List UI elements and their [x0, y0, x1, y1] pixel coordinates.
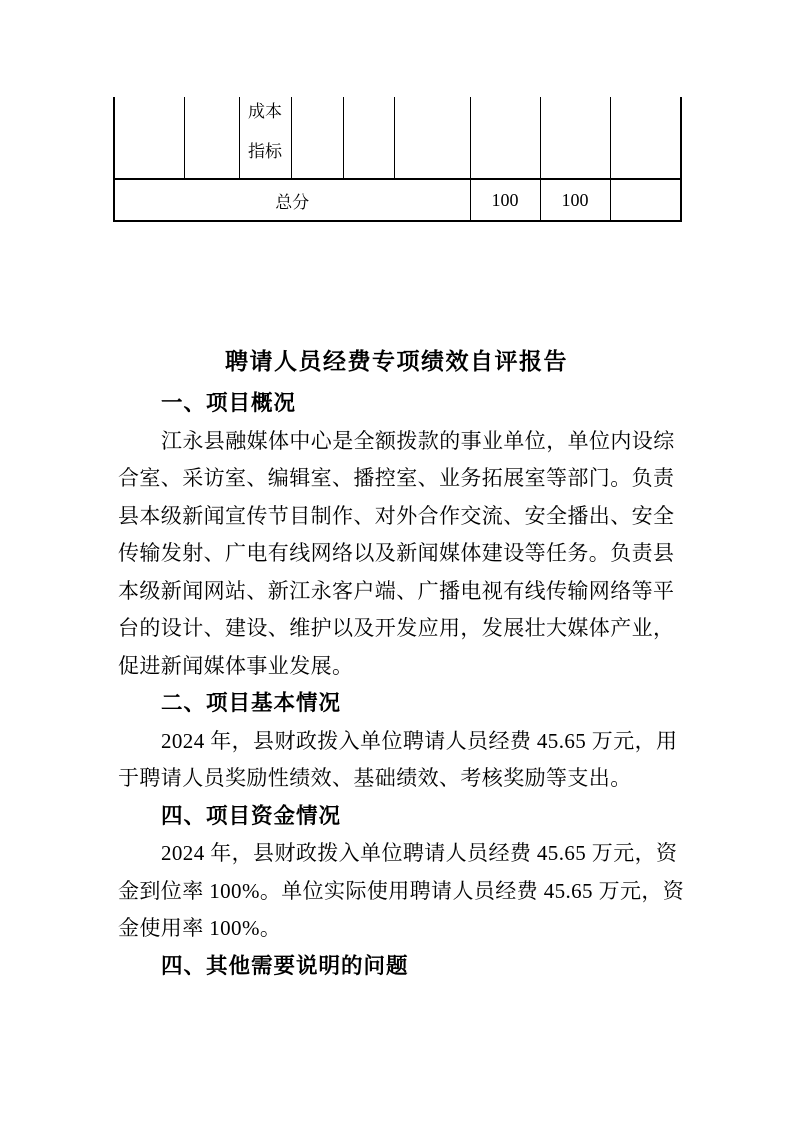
- cost-indicator-label-line2: 指标: [240, 143, 291, 161]
- document-page: 成本 指标 总分 100 100 聘请人员经费专项绩效自评报告 一、项目概况 江…: [0, 0, 793, 1122]
- section-heading-3: 四、项目资金情况: [118, 798, 675, 836]
- table-cell-empty: [394, 97, 470, 179]
- performance-score-table: 成本 指标 总分 100 100: [113, 97, 682, 222]
- table-cell-empty: [343, 97, 394, 179]
- total-note-cell: [610, 179, 681, 221]
- total-label-cell: 总分: [114, 179, 470, 221]
- paragraph-line: 金使用率 100%。: [118, 910, 675, 948]
- paragraph-line: 传输发射、广电有线网络以及新闻媒体建设等任务。负责县: [118, 535, 675, 573]
- paragraph-line: 合室、采访室、编辑室、播控室、业务拓展室等部门。负责: [118, 460, 675, 498]
- table-cell-empty: [291, 97, 343, 179]
- paragraph-line: 金到位率 100%。单位实际使用聘请人员经费 45.65 万元，资: [118, 873, 675, 911]
- paragraph-line: 台的设计、建设、维护以及开发应用，发展壮大媒体产业，: [118, 610, 675, 648]
- cost-indicator-label-line1: 成本: [240, 103, 291, 121]
- section-heading-2: 二、项目基本情况: [118, 685, 675, 723]
- report-title: 聘请人员经费专项绩效自评报告: [118, 348, 675, 375]
- paragraph-line: 2024 年，县财政拨入单位聘请人员经费 45.65 万元，资: [118, 835, 675, 873]
- total-self-score-cell: 100: [540, 179, 610, 221]
- table-cell-empty: [184, 97, 239, 179]
- paragraph-line: 2024 年，县财政拨入单位聘请人员经费 45.65 万元，用: [118, 723, 675, 761]
- table-cell-empty: [114, 97, 184, 179]
- table-row-total: 总分 100 100: [114, 179, 681, 221]
- paragraph-line: 促进新闻媒体事业发展。: [118, 648, 675, 686]
- table-cell-empty: [540, 97, 610, 179]
- total-full-score-cell: 100: [470, 179, 540, 221]
- cost-indicator-cell: 成本 指标: [239, 97, 291, 179]
- report-body: 聘请人员经费专项绩效自评报告 一、项目概况 江永县融媒体中心是全额拨款的事业单位…: [118, 348, 675, 985]
- section-heading-1: 一、项目概况: [118, 385, 675, 423]
- paragraph-line: 于聘请人员奖励性绩效、基础绩效、考核奖励等支出。: [118, 760, 675, 798]
- paragraph-line: 本级新闻网站、新江永客户端、广播电视有线传输网络等平: [118, 573, 675, 611]
- table-cell-empty: [470, 97, 540, 179]
- table-cell-empty: [610, 97, 681, 179]
- table-row-cost-indicator: 成本 指标: [114, 97, 681, 179]
- paragraph-line: 县本级新闻宣传节目制作、对外合作交流、安全播出、安全: [118, 498, 675, 536]
- paragraph-line: 江永县融媒体中心是全额拨款的事业单位，单位内设综: [118, 423, 675, 461]
- section-heading-4: 四、其他需要说明的问题: [118, 948, 675, 986]
